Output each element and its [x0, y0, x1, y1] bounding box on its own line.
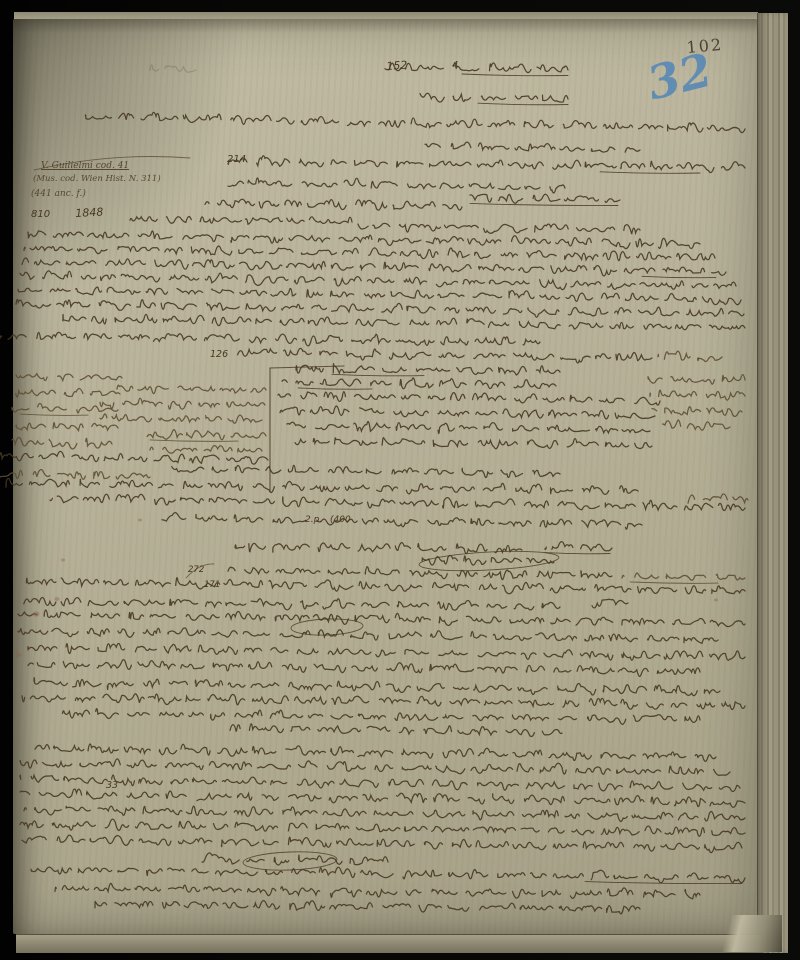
- scan-background: 102321524214V. Guilielmi cod. 41(Mus. co…: [0, 0, 800, 960]
- page-stack-edge-right: [757, 13, 788, 953]
- manuscript-page: [13, 19, 757, 934]
- page-corner-curl: [694, 915, 782, 952]
- page-stack-edge-bottom: [16, 934, 761, 953]
